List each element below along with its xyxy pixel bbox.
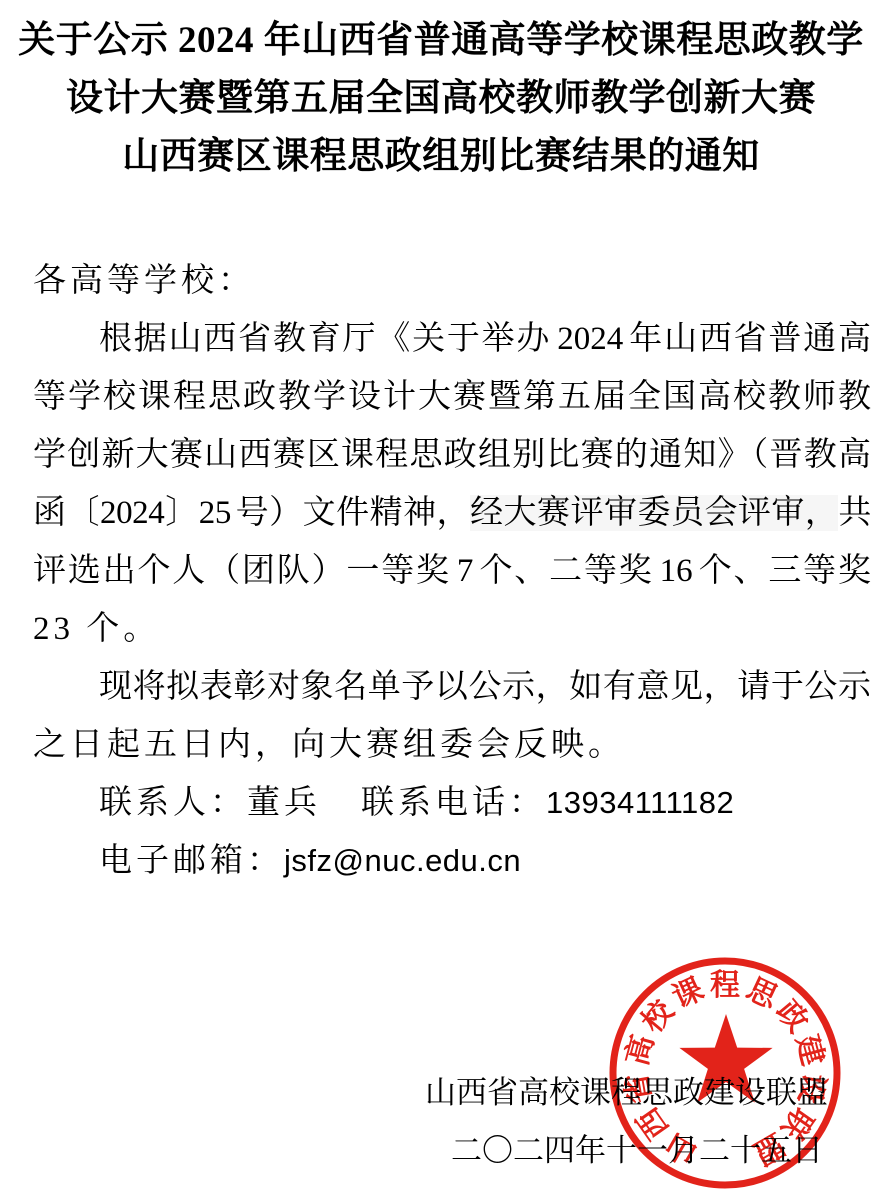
- document-body: 各高等学校： 根据山西省教育厅《关于举办 2024 年山西省普通高 等学校课程思…: [33, 252, 871, 890]
- seal-text-char: 校: [636, 994, 681, 1039]
- email-line: 电子邮箱：jsfz@nuc.edu.cn: [33, 832, 871, 890]
- line4-suffix: 共: [838, 495, 871, 531]
- paragraph1-line1: 根据山西省教育厅《关于举办 2024 年山西省普通高: [33, 310, 871, 368]
- contact-person: 联系人：董兵: [99, 785, 321, 821]
- seal-text-char: 思: [741, 972, 783, 1015]
- paragraph1-line4: 函〔2024〕25 号）文件精神，经大赛评审委员会评审，共: [33, 484, 871, 542]
- paragraph1-line6: 23 个。: [33, 600, 871, 658]
- phone-label: 联系电话：: [361, 785, 546, 821]
- phone-number: 13934111182: [546, 785, 734, 820]
- title-line-1: 关于公示 2024 年山西省普通高等学校课程思政教学: [0, 12, 882, 70]
- salutation: 各高等学校：: [33, 252, 871, 310]
- signature: 山西省高校课程思政建设联盟: [33, 1064, 871, 1122]
- contact-line: 联系人：董兵联系电话：13934111182: [33, 774, 871, 832]
- seal-text-char: 程: [710, 969, 740, 1002]
- title-line-3: 山西赛区课程思政组别比赛结果的通知: [0, 128, 882, 186]
- document-title: 关于公示 2024 年山西省普通高等学校课程思政教学 设计大赛暨第五届全国高校教…: [0, 0, 882, 186]
- seal-text-char: 课: [667, 972, 708, 1015]
- seal-text-char: 政: [770, 995, 815, 1039]
- paragraph1-line3: 学创新大赛山西赛区课程思政组别比赛的通知》（晋教高: [33, 426, 871, 484]
- email-address: jsfz@nuc.edu.cn: [284, 843, 521, 878]
- highlighted-text: 经大赛评审委员会评审，: [470, 495, 838, 531]
- document-footer: 山西省高校课程思政建设联盟 二〇二四年十一月二十五日: [33, 1064, 871, 1180]
- title-line-2: 设计大赛暨第五届全国高校教师教学创新大赛: [0, 70, 882, 128]
- paragraph2-line1: 现将拟表彰对象名单予以公示，如有意见，请于公示: [33, 658, 871, 716]
- email-label: 电子邮箱：: [99, 843, 284, 879]
- date: 二〇二四年十一月二十五日: [33, 1122, 871, 1180]
- paragraph1-line2: 等学校课程思政教学设计大赛暨第五届全国高校教师教: [33, 368, 871, 426]
- line4-prefix: 函〔2024〕25 号）文件精神，: [33, 495, 470, 531]
- paragraph2-line2: 之日起五日内，向大赛组委会反映。: [33, 716, 871, 774]
- paragraph1-line5: 评选出个人（团队）一等奖 7 个、二等奖 16 个、三等奖: [33, 542, 871, 600]
- notice-document: 关于公示 2024 年山西省普通高等学校课程思政教学 设计大赛暨第五届全国高校教…: [0, 0, 882, 1202]
